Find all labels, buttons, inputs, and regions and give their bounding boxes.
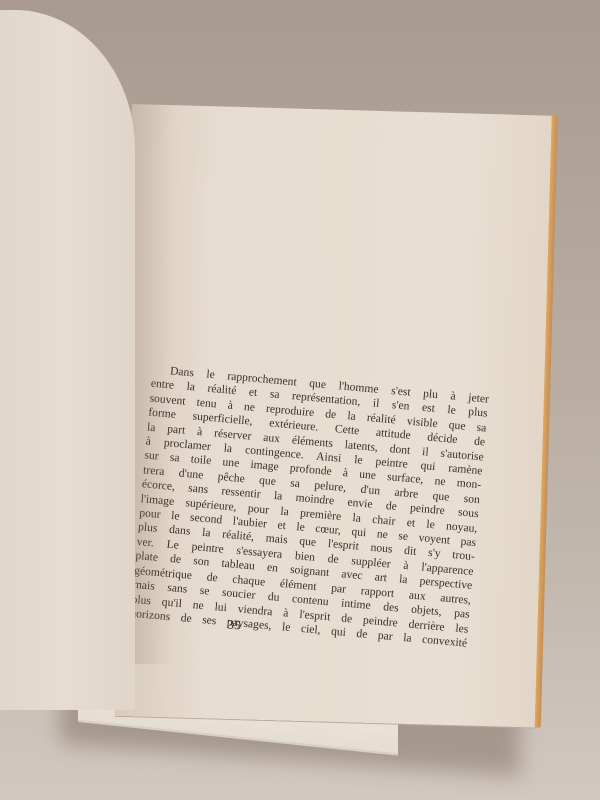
right-page: Dans le rapprochement que l'homme s'est …	[115, 104, 552, 727]
page-number: 35	[227, 617, 241, 634]
page-paragraph: Dans le rapprochement que l'homme s'est …	[130, 363, 490, 651]
left-page-curl	[0, 10, 135, 710]
gutter-shadow	[132, 104, 172, 664]
page-edge	[535, 116, 558, 728]
